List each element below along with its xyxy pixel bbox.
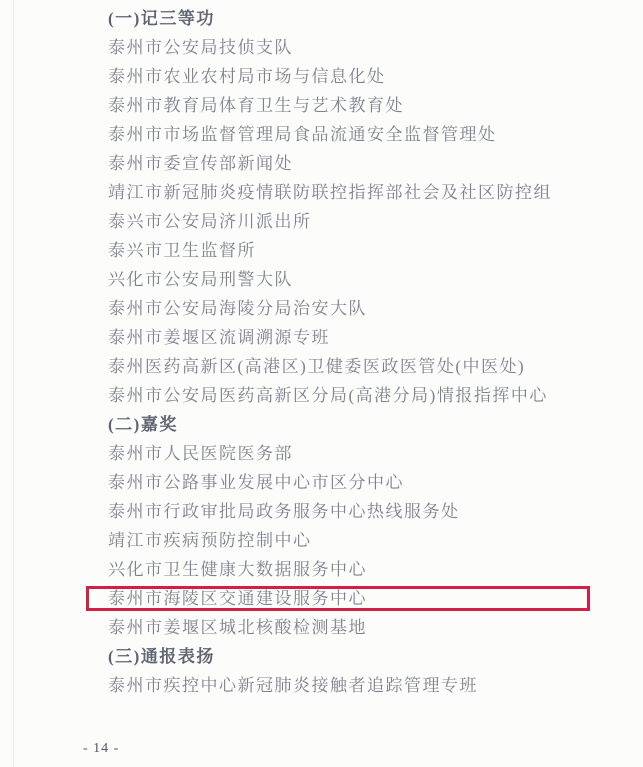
list-item: 泰兴市卫生监督所 bbox=[0, 236, 643, 265]
list-item: 泰州市疾控中心新冠肺炎接触者追踪管理专班 bbox=[0, 671, 643, 700]
list-item: 泰州市公安局医药高新区分局(高港分局)情报指挥中心 bbox=[0, 381, 643, 410]
list-item: 靖江市新冠肺炎疫情联防联控指挥部社会及社区防控组 bbox=[0, 178, 643, 207]
list-item: 泰州医药高新区(高港区)卫健委医政医管处(中医处) bbox=[0, 352, 643, 381]
list-item: 泰州市人民医院医务部 bbox=[0, 439, 643, 468]
list-item: 泰州市姜堰区流调溯源专班 bbox=[0, 323, 643, 352]
highlight-box bbox=[86, 586, 590, 611]
list-item: 泰州市市场监督管理局食品流通安全监督管理处 bbox=[0, 120, 643, 149]
section-heading-1: (一)记三等功 bbox=[0, 4, 643, 33]
page-number: - 14 - bbox=[83, 741, 119, 757]
list-item: 兴化市公安局刑警大队 bbox=[0, 265, 643, 294]
list-item: 兴化市卫生健康大数据服务中心 bbox=[0, 555, 643, 584]
list-item: 泰州市姜堰区城北核酸检测基地 bbox=[0, 613, 643, 642]
list-item: 泰州市公路事业发展中心市区分中心 bbox=[0, 468, 643, 497]
list-item: 泰州市公安局技侦支队 bbox=[0, 33, 643, 62]
list-item: 泰州市委宣传部新闻处 bbox=[0, 149, 643, 178]
section-heading-3: (三)通报表扬 bbox=[0, 642, 643, 671]
document-page: (一)记三等功 泰州市公安局技侦支队 泰州市农业农村局市场与信息化处 泰州市教育… bbox=[0, 0, 643, 767]
list-item: 泰州市公安局海陵分局治安大队 bbox=[0, 294, 643, 323]
list-item: 泰兴市公安局济川派出所 bbox=[0, 207, 643, 236]
section-heading-2: (二)嘉奖 bbox=[0, 410, 643, 439]
list-item: 泰州市农业农村局市场与信息化处 bbox=[0, 62, 643, 91]
list-item: 泰州市教育局体育卫生与艺术教育处 bbox=[0, 91, 643, 120]
list-item: 靖江市疾病预防控制中心 bbox=[0, 526, 643, 555]
list-item: 泰州市行政审批局政务服务中心热线服务处 bbox=[0, 497, 643, 526]
